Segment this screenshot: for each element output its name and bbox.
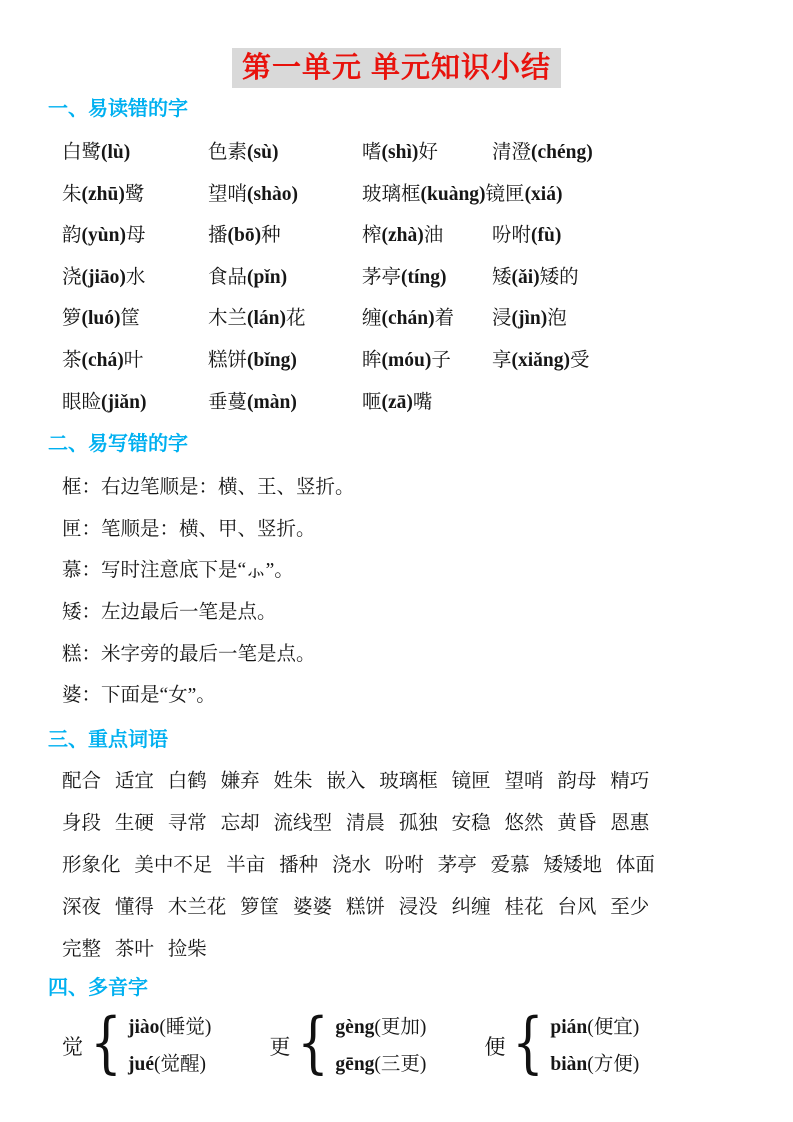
word-item: 食品(pǐn) (208, 257, 362, 299)
page-title: 第一单元 单元知识小结 (232, 48, 561, 88)
word-item: 朱(zhū)鹭 (62, 174, 208, 216)
note-line: 匣：笔顺是：横、甲、竖折。 (62, 509, 745, 551)
word-item: 糕饼(bǐng) (208, 340, 362, 382)
word-item: 垂蔓(màn) (208, 382, 362, 424)
word-item: 享(xiǎng)受 (492, 340, 745, 382)
document-page: 第一单元 单元知识小结 一、易读错的字 白鹭(lù) 色素(sù) 嗜(shì)… (0, 0, 793, 1122)
reading-word: (睡觉) (159, 1017, 211, 1038)
left-brace-icon: { (90, 1010, 122, 1076)
reading-line: gēng(三更) (335, 1046, 426, 1083)
pinyin: gèng (335, 1017, 374, 1038)
word-item: 吩咐(fù) (492, 215, 745, 257)
reading-line: pián(便宜) (550, 1009, 639, 1046)
reading-line: gèng(更加) (335, 1009, 426, 1046)
word-item: 箩(luó)筐 (62, 298, 208, 340)
word-item: 浸(jìn)泡 (492, 298, 745, 340)
left-brace-icon: { (298, 1010, 330, 1076)
reading-line: biàn(方便) (550, 1046, 639, 1083)
section1-heading: 一、易读错的字 (48, 94, 745, 124)
word-item: 玻璃框(kuàng)镜匣(xiá) (362, 174, 745, 216)
word-item: 茅亭(tíng) (362, 257, 492, 299)
word-line: 形象化 美中不足 半亩 播种 浇水 吩咐 茅亭 爱慕 矮矮地 体面 (62, 845, 745, 887)
pinyin: gēng (335, 1054, 374, 1075)
word-item: 眸(móu)子 (362, 340, 492, 382)
word-item: 韵(yùn)母 (62, 215, 208, 257)
note-line: 糕：米字旁的最后一笔是点。 (62, 634, 745, 676)
polyphone-char: 便 (484, 1031, 505, 1061)
word-item: 嗜(shì)好 (362, 132, 492, 174)
reading-line: jué(觉醒) (128, 1046, 211, 1083)
reading-line: jiào(睡觉) (128, 1009, 211, 1046)
left-brace-icon: { (513, 1010, 545, 1076)
word-line: 完整 茶叶 捡柴 (62, 929, 745, 971)
word-item: 清澄(chéng) (492, 132, 745, 174)
reading-word: (三更) (374, 1054, 426, 1075)
polyphone-group: 觉 { jiào(睡觉) jué(觉醒) (62, 1009, 211, 1083)
reading-word: (更加) (374, 1017, 426, 1038)
word-item: 播(bō)种 (208, 215, 362, 257)
word-line: 配合 适宜 白鹤 嫌弃 姓朱 嵌入 玻璃框 镜匣 望哨 韵母 精巧 (62, 761, 745, 803)
reading-word: (方便) (587, 1054, 639, 1075)
word-item: 缠(chán)着 (362, 298, 492, 340)
reading-word: (便宜) (587, 1017, 639, 1038)
word-line: 身段 生硬 寻常 忘却 流线型 清晨 孤独 安稳 悠然 黄昏 恩惠 (62, 803, 745, 845)
readings: gèng(更加) gēng(三更) (335, 1009, 426, 1083)
note-line: 慕：写时注意底下是“⺗”。 (62, 550, 745, 592)
word-item: 眼睑(jiǎn) (62, 382, 208, 424)
title-block: 第一单元 单元知识小结 (48, 48, 745, 88)
readings: pián(便宜) biàn(方便) (550, 1009, 639, 1083)
polyphone-group: 便 { pián(便宜) biàn(方便) (484, 1009, 639, 1083)
polyphone-char: 觉 (62, 1031, 83, 1061)
reading-word: (觉醒) (154, 1054, 206, 1075)
word-item: 白鹭(lù) (62, 132, 208, 174)
polyphone-char: 更 (269, 1031, 290, 1061)
word-item: 色素(sù) (208, 132, 362, 174)
section2-heading: 二、易写错的字 (48, 429, 745, 459)
note-line: 矮：左边最后一笔是点。 (62, 592, 745, 634)
section1-word-grid: 白鹭(lù) 色素(sù) 嗜(shì)好 清澄(chéng) 朱(zhū)鹭 … (62, 132, 745, 423)
pinyin: jiào (128, 1017, 159, 1038)
polyphone-group: 更 { gèng(更加) gēng(三更) (269, 1009, 426, 1083)
word-item: 咂(zā)嘴 (362, 382, 492, 424)
word-line: 深夜 懂得 木兰花 箩筐 婆婆 糕饼 浸没 纠缠 桂花 台风 至少 (62, 887, 745, 929)
word-item: 矮(ǎi)矮的 (492, 257, 745, 299)
word-item: 茶(chá)叶 (62, 340, 208, 382)
pinyin: pián (550, 1017, 587, 1038)
readings: jiào(睡觉) jué(觉醒) (128, 1009, 211, 1083)
section2-notes: 框：右边笔顺是：横、王、竖折。 匣：笔顺是：横、甲、竖折。 慕：写时注意底下是“… (62, 467, 745, 717)
section4-heading: 四、多音字 (48, 973, 745, 1003)
pinyin: jué (128, 1054, 154, 1075)
word-item: 浇(jiāo)水 (62, 257, 208, 299)
word-item: 木兰(lán)花 (208, 298, 362, 340)
note-line: 婆：下面是“女”。 (62, 675, 745, 717)
word-item: 望哨(shào) (208, 174, 362, 216)
polyphone-row: 觉 { jiào(睡觉) jué(觉醒) 更 { gèng(更加) gēng(三… (62, 1009, 745, 1083)
pinyin: biàn (550, 1054, 587, 1075)
word-item: 榨(zhà)油 (362, 215, 492, 257)
note-line: 框：右边笔顺是：横、王、竖折。 (62, 467, 745, 509)
section3-word-lines: 配合 适宜 白鹤 嫌弃 姓朱 嵌入 玻璃框 镜匣 望哨 韵母 精巧 身段 生硬 … (62, 761, 745, 971)
section3-heading: 三、重点词语 (48, 725, 745, 755)
